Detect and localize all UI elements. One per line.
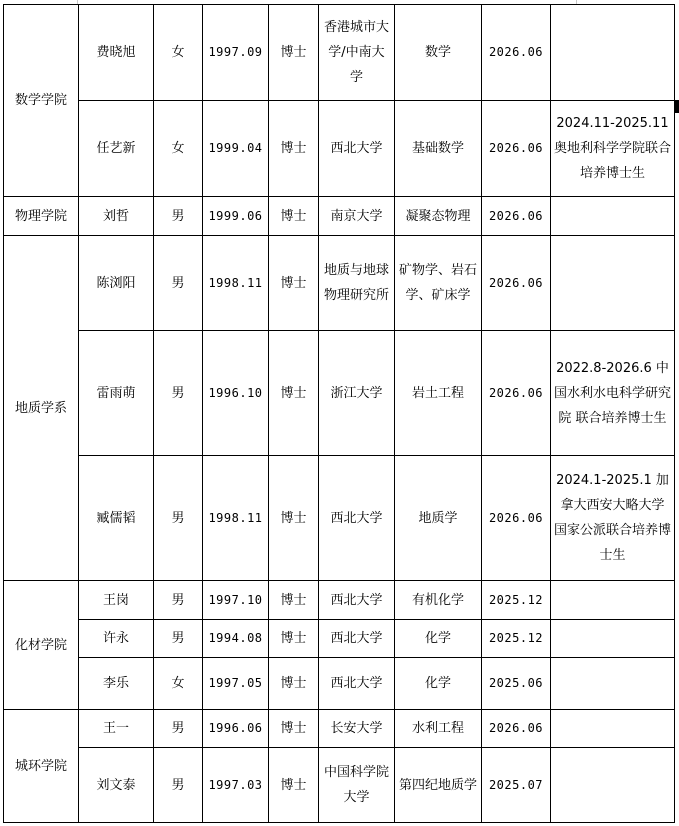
birth-cell: 1997.05 <box>203 658 269 710</box>
birth-cell: 1999.04 <box>203 101 269 197</box>
note-cell <box>551 236 675 331</box>
name-cell: 任艺新 <box>79 101 154 197</box>
department-cell: 城环学院 <box>4 710 79 823</box>
graduation-cell: 2025.12 <box>482 620 551 658</box>
school-cell: 西北大学 <box>319 456 395 581</box>
note-cell <box>551 748 675 823</box>
table-row: 刘文泰 男 1997.03 博士 中国科学院大学 第四纪地质学 2025.07 <box>4 748 675 823</box>
note-cell: 2024.11-2025.11 奥地利科学学院联合培养博士生 <box>551 101 675 197</box>
degree-cell: 博士 <box>269 5 319 101</box>
name-cell: 刘哲 <box>79 197 154 236</box>
department-cell: 地质学系 <box>4 236 79 581</box>
table-row: 臧儒韬 男 1998.11 博士 西北大学 地质学 2026.06 2024.1… <box>4 456 675 581</box>
graduation-cell: 2026.06 <box>482 101 551 197</box>
degree-cell: 博士 <box>269 101 319 197</box>
department-cell: 物理学院 <box>4 197 79 236</box>
graduation-cell: 2026.06 <box>482 5 551 101</box>
birth-cell: 1997.09 <box>203 5 269 101</box>
gender-cell: 男 <box>154 581 203 620</box>
note-cell <box>551 620 675 658</box>
degree-cell: 博士 <box>269 658 319 710</box>
table-row: 地质学系 陈浏阳 男 1998.11 博士 地质与地球物理研究所 矿物学、岩石学… <box>4 236 675 331</box>
degree-cell: 博士 <box>269 197 319 236</box>
table-row: 物理学院 刘哲 男 1999.06 博士 南京大学 凝聚态物理 2026.06 <box>4 197 675 236</box>
gender-cell: 男 <box>154 748 203 823</box>
table-row: 任艺新 女 1999.04 博士 西北大学 基础数学 2026.06 2024.… <box>4 101 675 197</box>
table-row: 化材学院 王岗 男 1997.10 博士 西北大学 有机化学 2025.12 <box>4 581 675 620</box>
department-cell: 数学学院 <box>4 5 79 197</box>
table-row: 数学学院 费晓旭 女 1997.09 博士 香港城市大学/中南大学 数学 202… <box>4 5 675 101</box>
major-cell: 地质学 <box>395 456 482 581</box>
birth-cell: 1994.08 <box>203 620 269 658</box>
graduation-cell: 2026.06 <box>482 331 551 456</box>
major-cell: 有机化学 <box>395 581 482 620</box>
note-cell <box>551 710 675 748</box>
major-cell: 第四纪地质学 <box>395 748 482 823</box>
birth-cell: 1996.10 <box>203 331 269 456</box>
note-cell: 2024.1-2025.1 加拿大西安大略大学 国家公派联合培养博士生 <box>551 456 675 581</box>
birth-cell: 1999.06 <box>203 197 269 236</box>
table-row: 许永 男 1994.08 博士 西北大学 化学 2025.12 <box>4 620 675 658</box>
school-cell: 地质与地球物理研究所 <box>319 236 395 331</box>
school-cell: 西北大学 <box>319 101 395 197</box>
note-cell: 2022.8-2026.6 中国水利水电科学研究院 联合培养博士生 <box>551 331 675 456</box>
gender-cell: 男 <box>154 331 203 456</box>
degree-cell: 博士 <box>269 748 319 823</box>
gender-cell: 女 <box>154 5 203 101</box>
major-cell: 化学 <box>395 620 482 658</box>
gender-cell: 男 <box>154 456 203 581</box>
school-cell: 香港城市大学/中南大学 <box>319 5 395 101</box>
name-cell: 刘文泰 <box>79 748 154 823</box>
school-cell: 西北大学 <box>319 658 395 710</box>
gender-cell: 女 <box>154 101 203 197</box>
birth-cell: 1998.11 <box>203 456 269 581</box>
degree-cell: 博士 <box>269 236 319 331</box>
name-cell: 臧儒韬 <box>79 456 154 581</box>
degree-cell: 博士 <box>269 620 319 658</box>
note-cell <box>551 197 675 236</box>
gender-cell: 男 <box>154 710 203 748</box>
name-cell: 王一 <box>79 710 154 748</box>
major-cell: 水利工程 <box>395 710 482 748</box>
major-cell: 凝聚态物理 <box>395 197 482 236</box>
gender-cell: 男 <box>154 236 203 331</box>
graduation-cell: 2026.06 <box>482 236 551 331</box>
major-cell: 基础数学 <box>395 101 482 197</box>
birth-cell: 1996.06 <box>203 710 269 748</box>
degree-cell: 博士 <box>269 331 319 456</box>
school-cell: 南京大学 <box>319 197 395 236</box>
gender-cell: 男 <box>154 197 203 236</box>
text-cursor-marker <box>675 100 679 113</box>
degree-cell: 博士 <box>269 710 319 748</box>
birth-cell: 1997.10 <box>203 581 269 620</box>
name-cell: 许永 <box>79 620 154 658</box>
school-cell: 长安大学 <box>319 710 395 748</box>
major-cell: 数学 <box>395 5 482 101</box>
table-row: 李乐 女 1997.05 博士 西北大学 化学 2025.06 <box>4 658 675 710</box>
major-cell: 岩土工程 <box>395 331 482 456</box>
note-cell <box>551 5 675 101</box>
note-cell <box>551 581 675 620</box>
name-cell: 陈浏阳 <box>79 236 154 331</box>
graduation-cell: 2026.06 <box>482 710 551 748</box>
gender-cell: 男 <box>154 620 203 658</box>
birth-cell: 1998.11 <box>203 236 269 331</box>
graduation-cell: 2026.06 <box>482 197 551 236</box>
graduation-cell: 2026.06 <box>482 456 551 581</box>
name-cell: 费晓旭 <box>79 5 154 101</box>
name-cell: 雷雨萌 <box>79 331 154 456</box>
candidates-table: 数学学院 费晓旭 女 1997.09 博士 香港城市大学/中南大学 数学 202… <box>3 4 675 823</box>
gender-cell: 女 <box>154 658 203 710</box>
department-cell: 化材学院 <box>4 581 79 710</box>
birth-cell: 1997.03 <box>203 748 269 823</box>
major-cell: 化学 <box>395 658 482 710</box>
school-cell: 西北大学 <box>319 620 395 658</box>
school-cell: 浙江大学 <box>319 331 395 456</box>
table-row: 城环学院 王一 男 1996.06 博士 长安大学 水利工程 2026.06 <box>4 710 675 748</box>
degree-cell: 博士 <box>269 456 319 581</box>
note-cell <box>551 658 675 710</box>
name-cell: 李乐 <box>79 658 154 710</box>
table-row: 雷雨萌 男 1996.10 博士 浙江大学 岩土工程 2026.06 2022.… <box>4 331 675 456</box>
graduation-cell: 2025.07 <box>482 748 551 823</box>
graduation-cell: 2025.12 <box>482 581 551 620</box>
graduation-cell: 2025.06 <box>482 658 551 710</box>
degree-cell: 博士 <box>269 581 319 620</box>
major-cell: 矿物学、岩石学、矿床学 <box>395 236 482 331</box>
name-cell: 王岗 <box>79 581 154 620</box>
school-cell: 中国科学院大学 <box>319 748 395 823</box>
school-cell: 西北大学 <box>319 581 395 620</box>
